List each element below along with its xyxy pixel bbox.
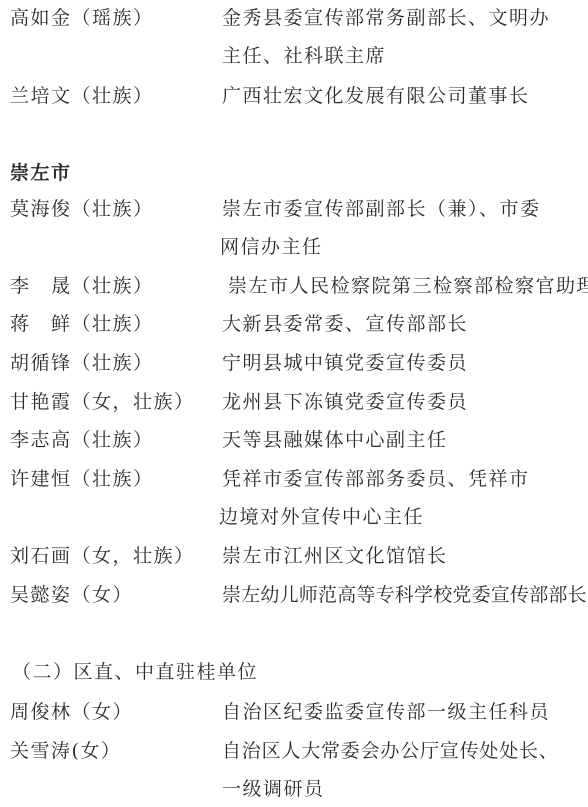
entry-title: 宁明县城中镇党委宣传委员 [222, 351, 468, 375]
entry-name: 李 晟（壮族） [10, 274, 154, 298]
entry-title: 龙州县下冻镇党委宣传委员 [222, 390, 468, 414]
entry-title-cont: 一级调研员 [222, 777, 325, 801]
entry-title: 金秀县委宣传部常务副部长、文明办 [222, 6, 550, 30]
entry-name: 许建恒（壮族） [10, 467, 154, 491]
entry-name: 关雪涛(女） [10, 739, 121, 763]
entry-title: 崇左幼儿师范高等专科学校党委宣传部部长 [222, 583, 587, 607]
entry-name: 周俊林（女） [10, 700, 133, 724]
section-heading: 崇左市 [10, 161, 72, 185]
entry-title: 凭祥市委宣传部部务委员、凭祥市 [222, 467, 530, 491]
entry-title: 自治区纪委监委宣传部一级主任科员 [222, 700, 550, 724]
entry-title: 广西壮宏文化发展有限公司董事长 [222, 84, 530, 108]
entry-name: 蒋 鲜（壮族） [10, 312, 154, 336]
entry-name: 吴懿姿（女） [10, 583, 133, 607]
entry-name: 李志高（壮族） [10, 428, 154, 452]
entry-title: 自治区人大常委会办公厅宣传处处长、 [222, 739, 559, 763]
entry-title: 崇左市江州区文化馆馆长 [222, 544, 448, 568]
section-heading: （二）区直、中直驻桂单位 [12, 660, 258, 684]
entry-name: 胡循锋（壮族） [10, 351, 154, 375]
entry-title: 大新县委常委、宣传部部长 [222, 312, 468, 336]
entry-title-cont: 主任、社科联主席 [222, 44, 386, 68]
entry-title: 天等县融媒体中心副主任 [222, 428, 448, 452]
entry-title: 崇左市委宣传部副部长（兼）、市委 [222, 197, 541, 221]
entry-name: 高如金（瑶族） [10, 6, 154, 30]
entry-name: 莫海俊（壮族） [10, 197, 154, 221]
entry-name: 兰培文（壮族） [10, 84, 154, 108]
entry-title-cont: 网信办主任 [220, 235, 323, 259]
entry-title-cont: 边境对外宣传中心主任 [219, 505, 424, 529]
entry-name: 刘石画（女，壮族） [10, 544, 195, 568]
entry-name: 甘艳霞（女，壮族） [10, 390, 195, 414]
entry-title: 崇左市人民检察院第三检察部检察官助理 [228, 274, 588, 298]
